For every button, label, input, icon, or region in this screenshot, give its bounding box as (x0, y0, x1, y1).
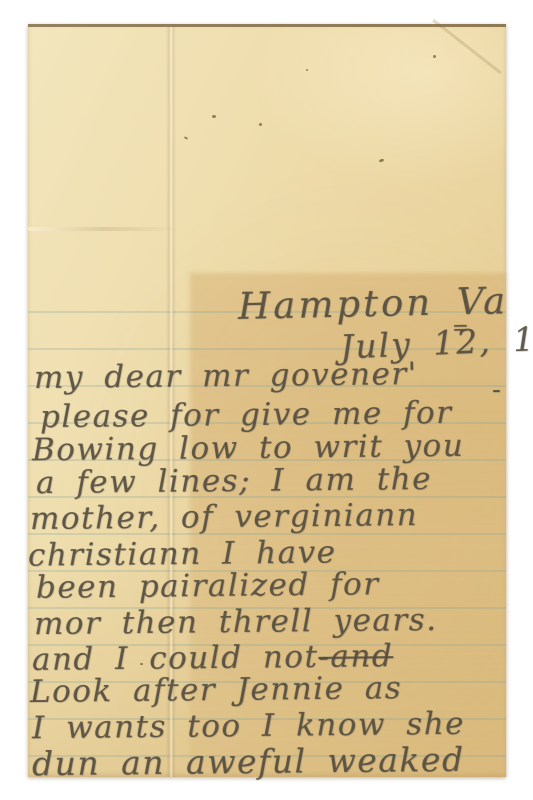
handwriting-line-7: been pairalized for (36, 569, 380, 604)
handwriting-line-10: Look after Jennie as (30, 673, 403, 708)
foxing-speck (259, 123, 262, 126)
foxing-speck (379, 158, 385, 163)
handwriting-line-1: my dear mr govener' (34, 359, 418, 394)
corner-crease (432, 19, 502, 74)
foxing-speck (184, 136, 188, 140)
handwriting-line-5: mother, of verginiann (30, 500, 418, 535)
handwriting-line-12: dun an aweful weaked (32, 743, 465, 781)
scanned-letter-photo: Hampton Va = July 12, 1912 - my dear mr … (0, 0, 533, 800)
letter-paper: Hampton Va = July 12, 1912 - my dear mr … (28, 24, 506, 777)
foxing-speck (433, 55, 436, 58)
horizontal-crease (28, 227, 178, 231)
foxing-speck (306, 69, 308, 71)
foxing-speck (212, 115, 216, 118)
handwriting-line-4: a few lines; I am the (36, 464, 432, 499)
handwriting-line-8: mor then threll years. (34, 605, 438, 640)
trailing-dash: - (492, 377, 503, 403)
handwriting-line-11: I wants too I know she (32, 709, 465, 745)
